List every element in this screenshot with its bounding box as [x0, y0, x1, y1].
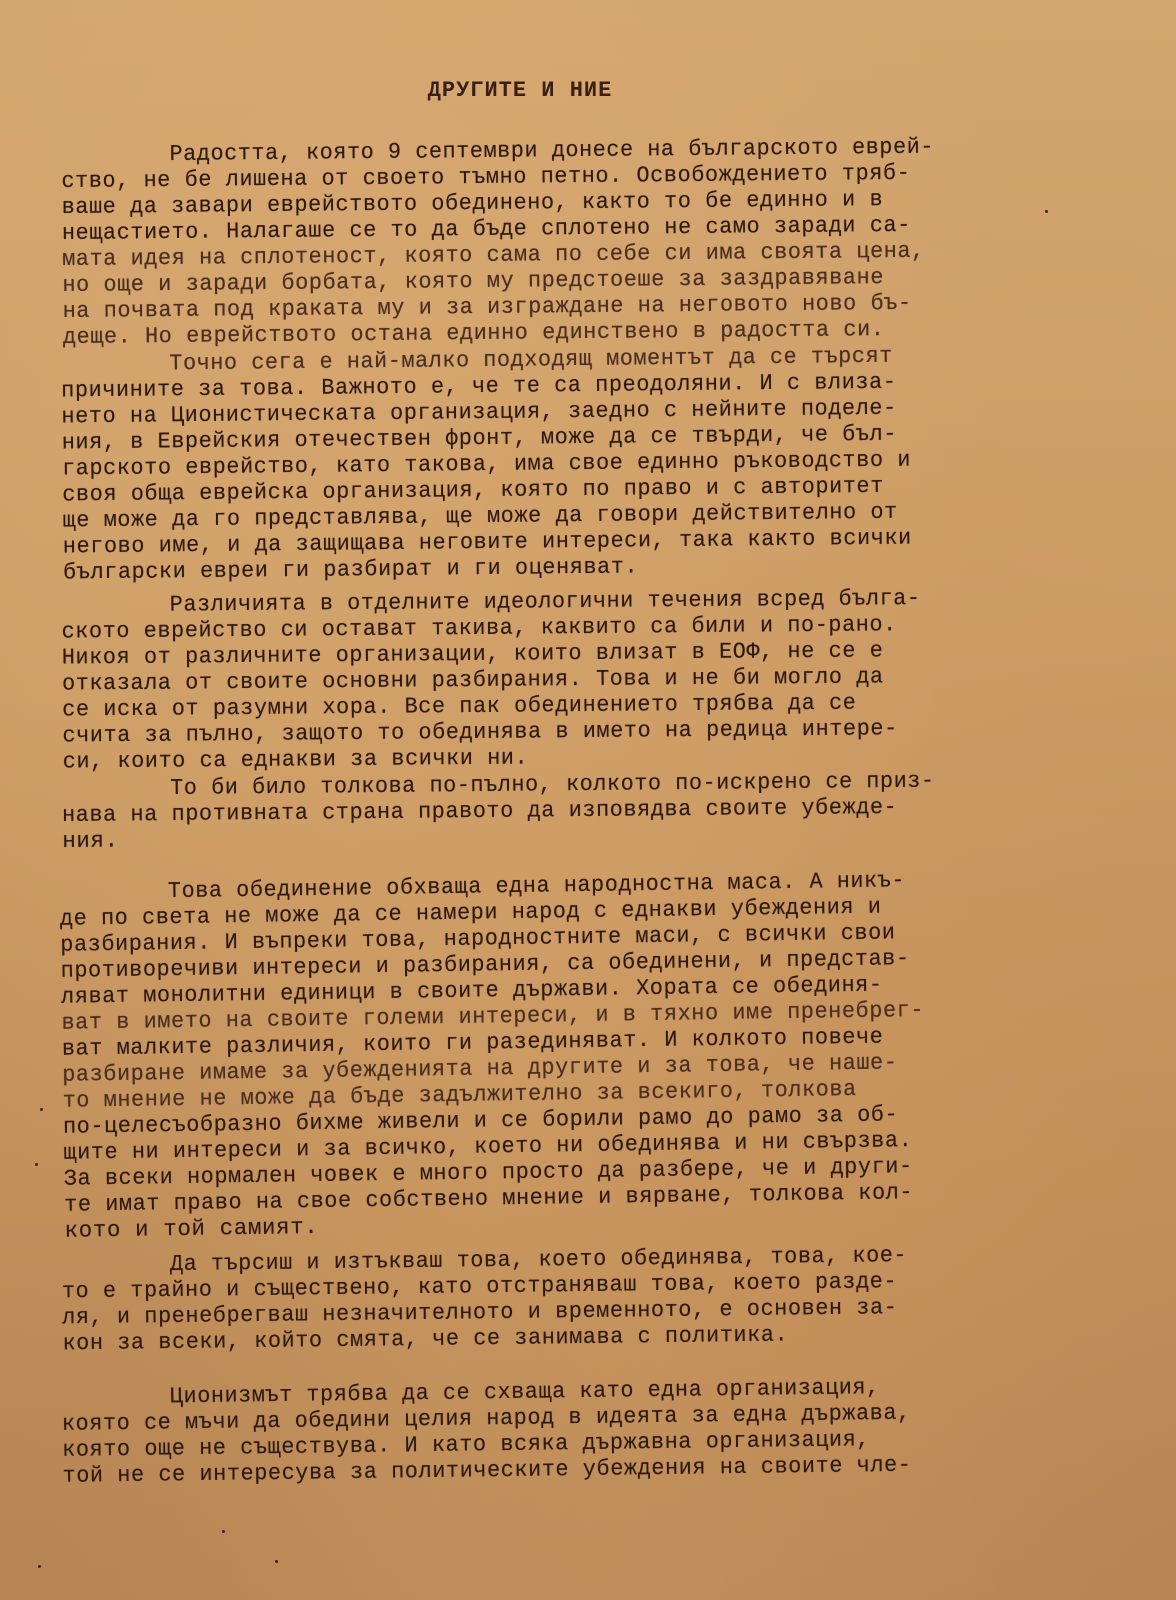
paragraph-7: Ционизмът трябва да се схваща като една … — [61, 1371, 1102, 1489]
paragraph-2: Точно сега е най-малко подходящ моментът… — [61, 341, 1103, 586]
paragraph-6: Да търсиш и изтъкваш това, което обединя… — [61, 1240, 1102, 1357]
ink-speck — [40, 1108, 43, 1111]
paragraph-4: То би било толкова по-пълно, колкото по-… — [62, 766, 1103, 854]
ink-speck — [222, 1530, 225, 1533]
ink-speck — [1045, 210, 1048, 213]
document-title: ДРУГИТЕ И НИЕ — [0, 78, 1108, 103]
ink-speck — [275, 1560, 278, 1563]
ink-speck — [35, 1163, 38, 1166]
paragraph-3: Различията в отделните идеологични течен… — [61, 583, 1103, 774]
ink-speck — [38, 1565, 41, 1568]
paragraph-5: Това обединение обхваща една народностна… — [59, 864, 1104, 1243]
paragraph-1: Радостта, която 9 септември донесе на бъ… — [61, 132, 1103, 350]
